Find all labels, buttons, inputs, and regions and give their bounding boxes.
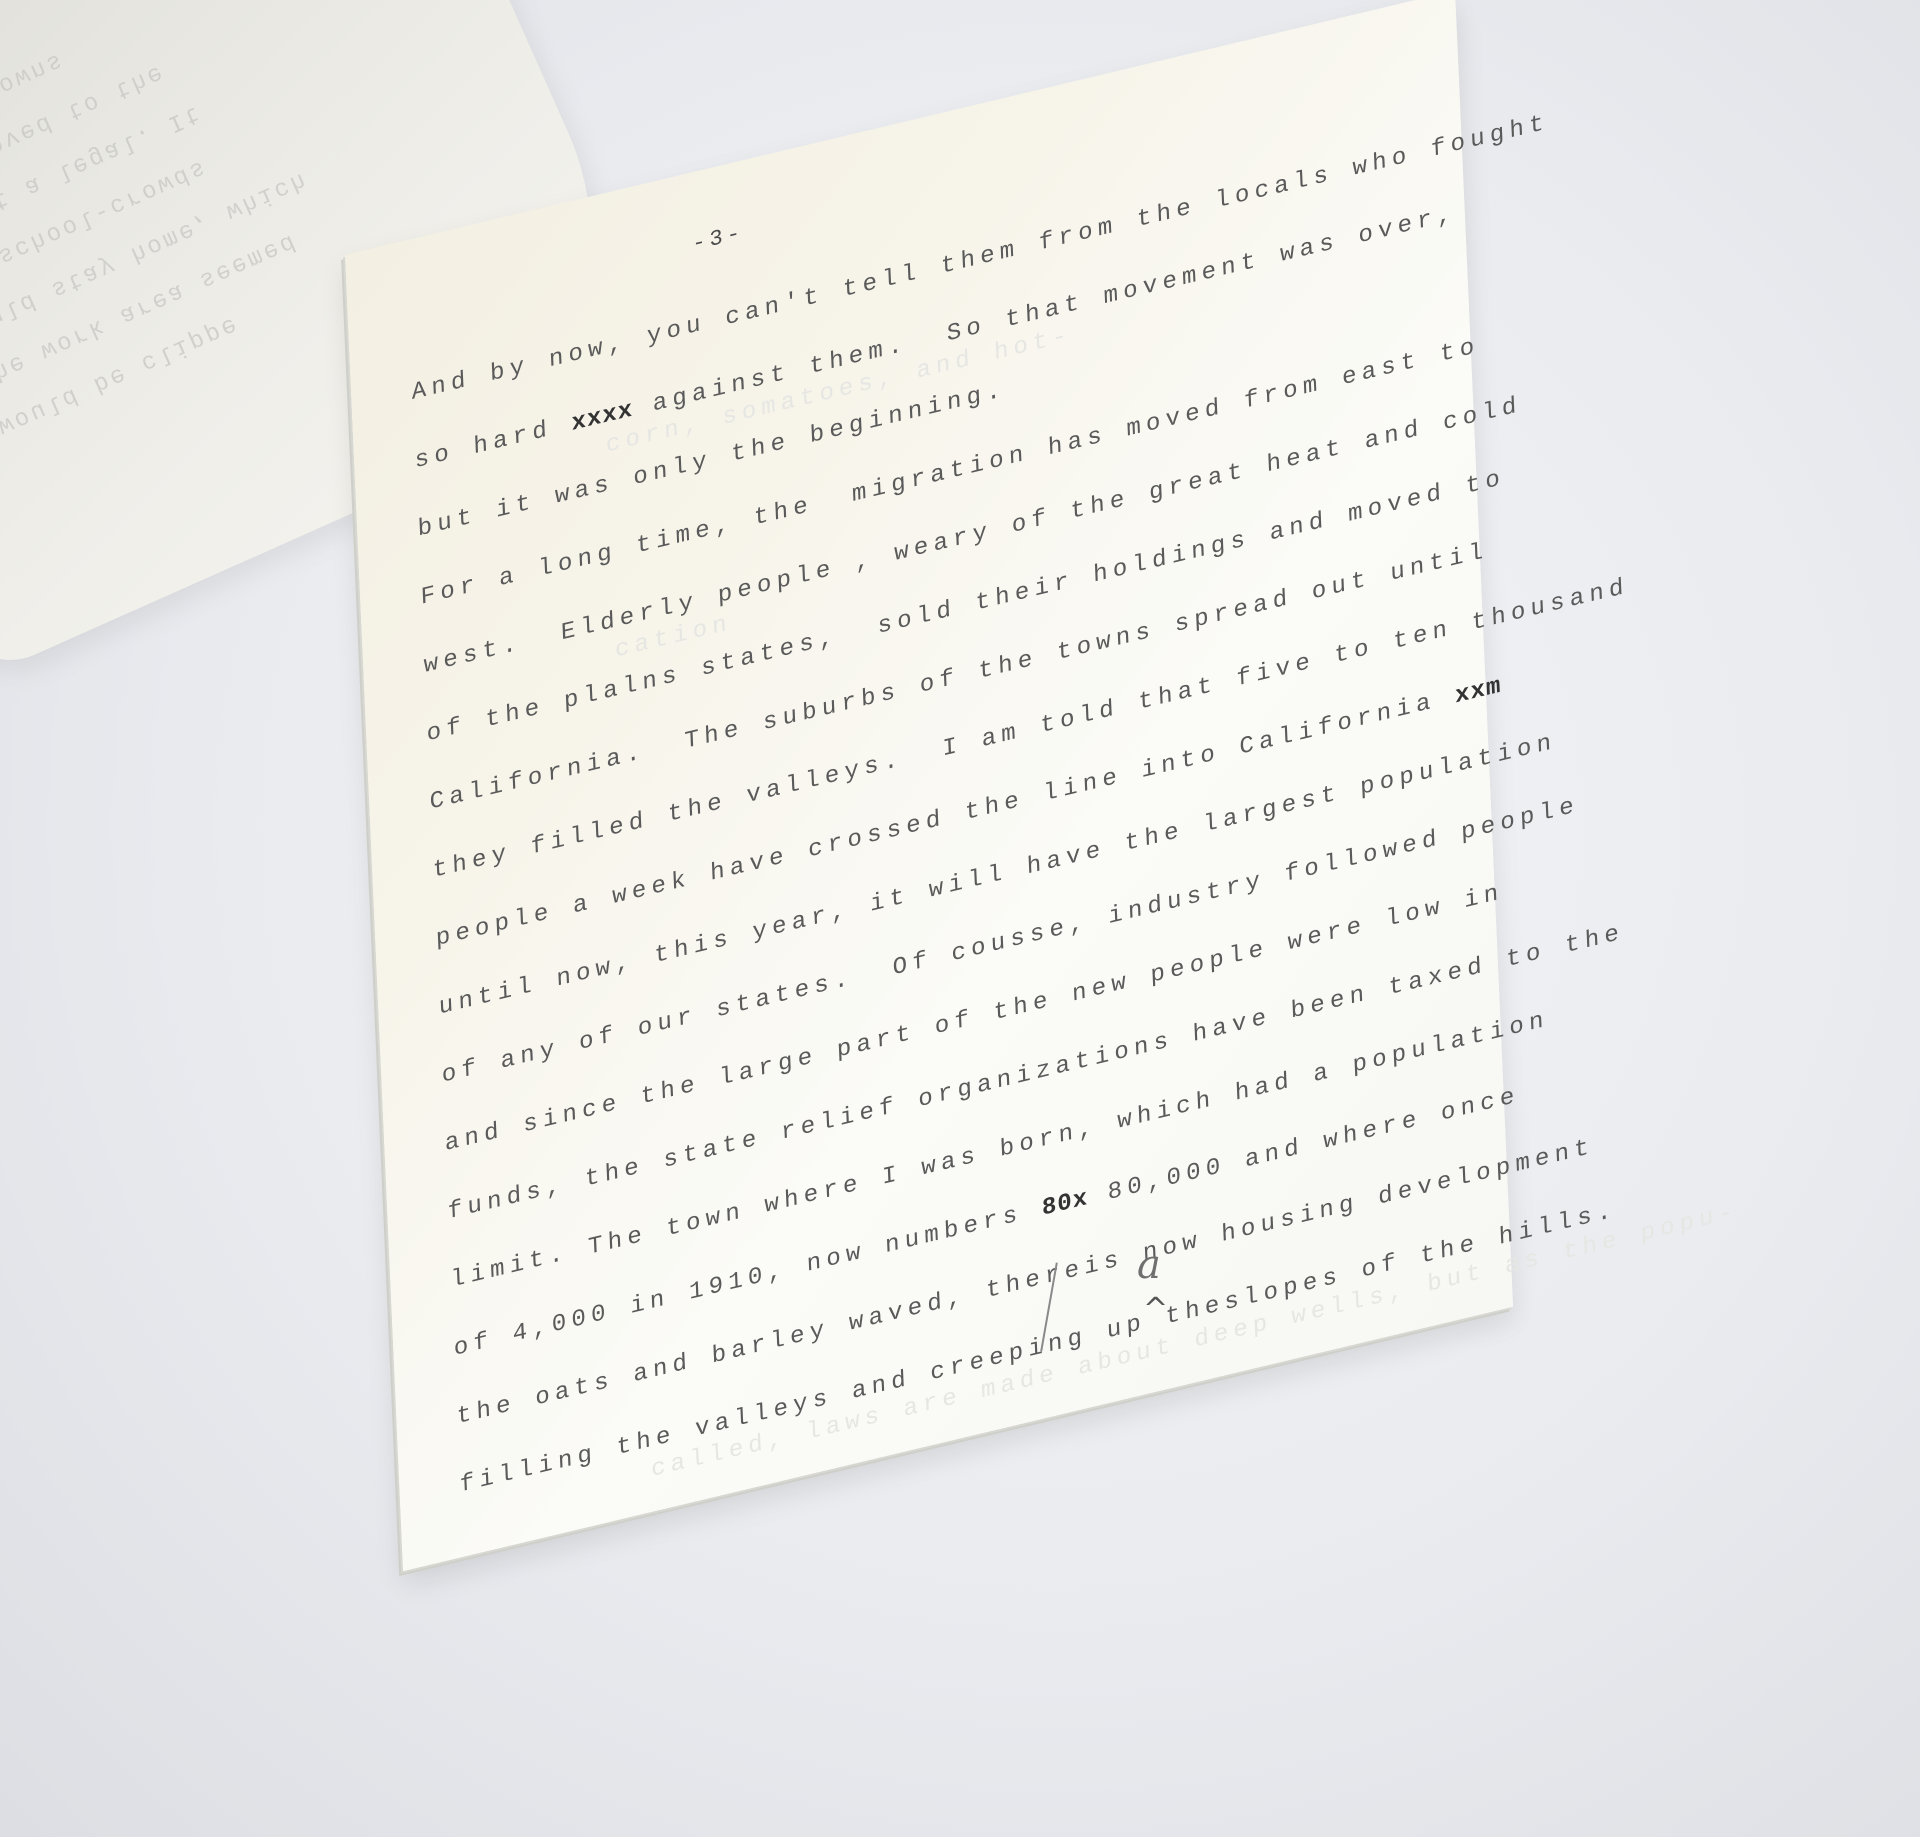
pencil-insertion-letter: a [1137,1242,1161,1288]
page-number: -3- [618,202,819,274]
typed-body-text: And by now, you can't tell them from the… [410,119,1471,1520]
document-stack: corn, somatoes, and hot- cation called, … [0,0,1920,1837]
typed-strikeover: xxxx [571,396,634,437]
typewritten-page: corn, somatoes, and hot- cation called, … [345,0,1513,1571]
typed-strikeover: xxm [1455,673,1502,711]
typed-strikeover: 80x [1041,1185,1088,1223]
pencil-caret-mark: ^ [1143,1292,1168,1327]
